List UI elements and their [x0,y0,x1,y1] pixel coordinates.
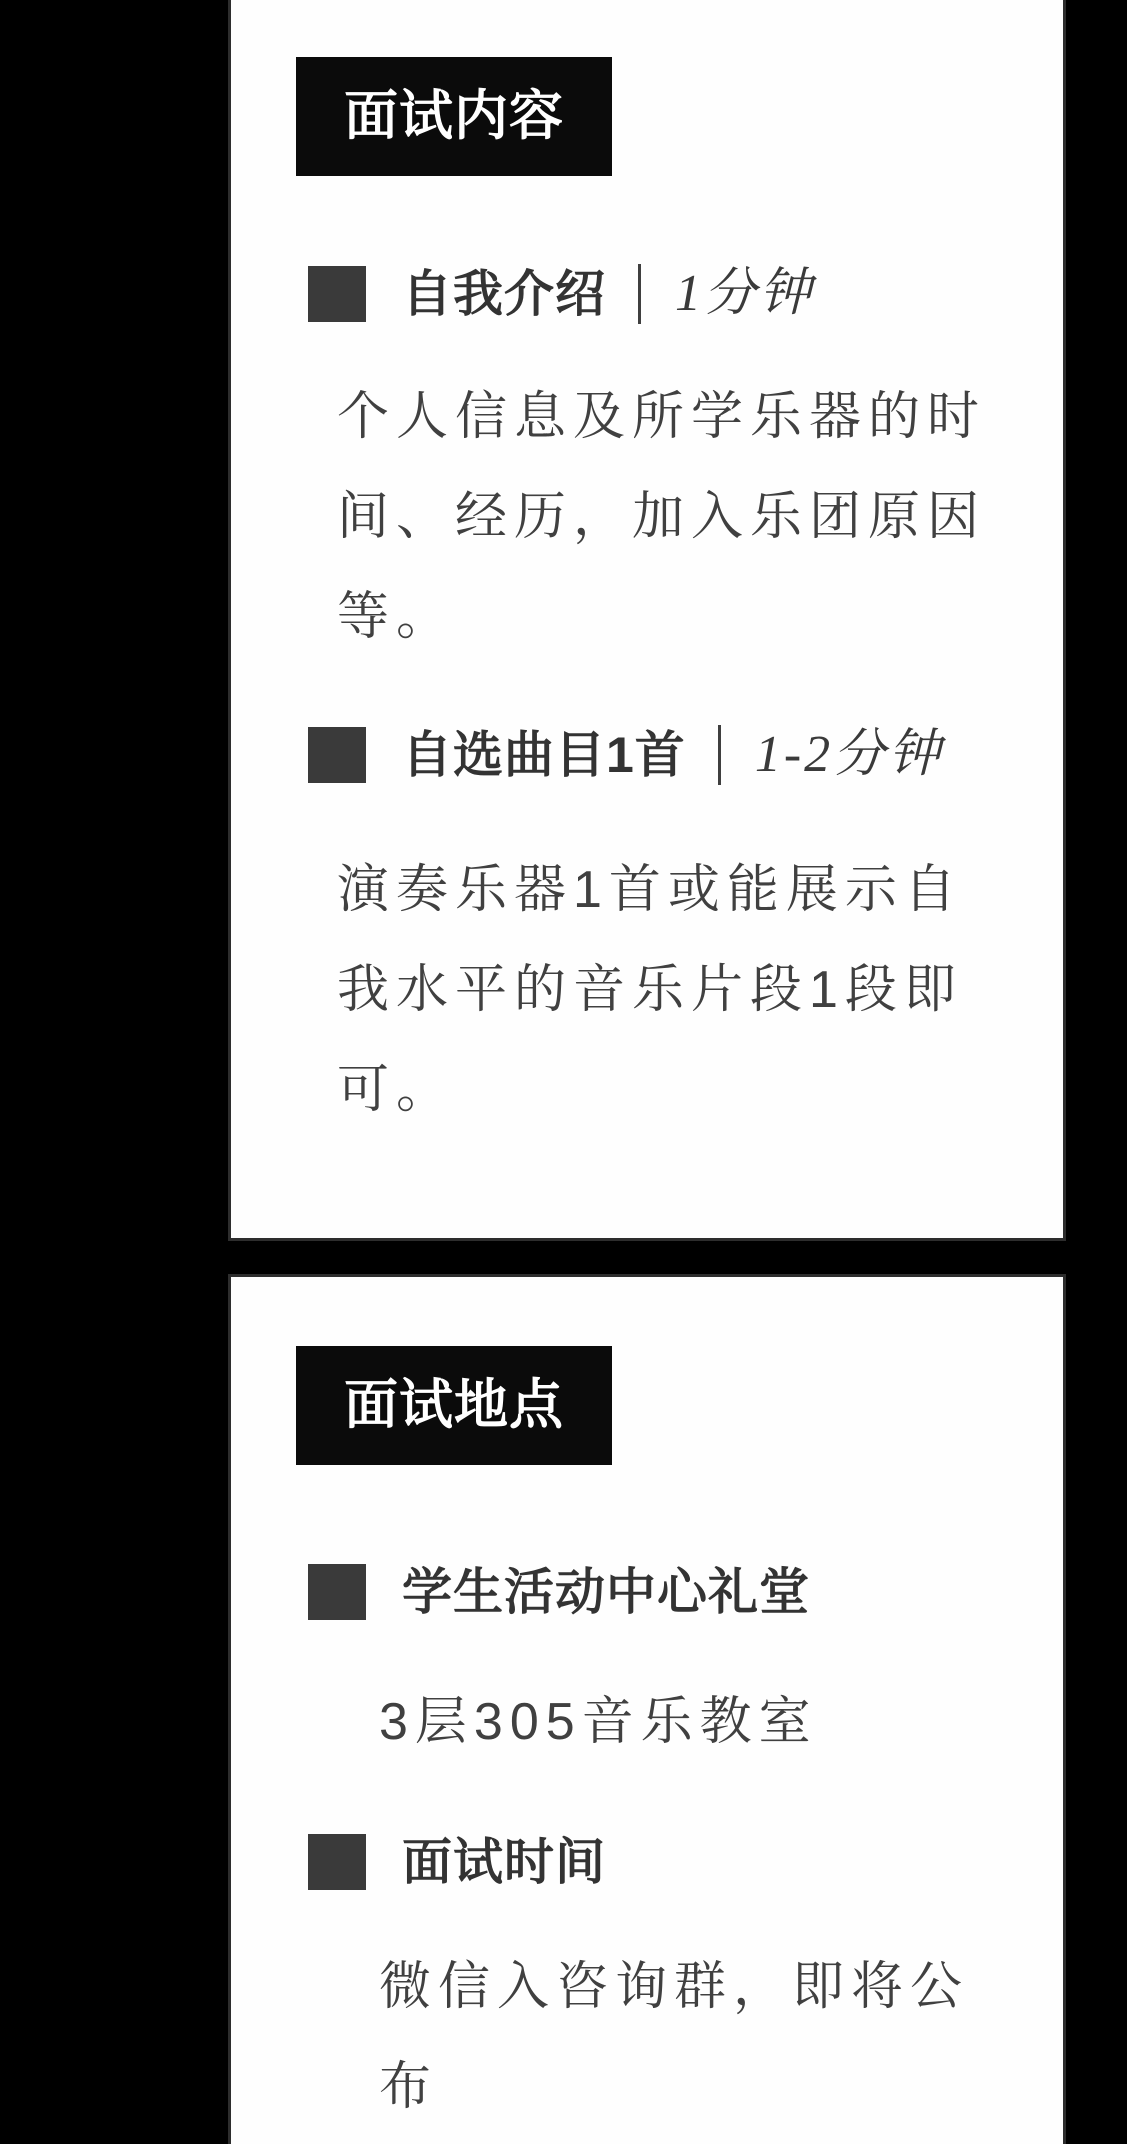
body-line: 我水平的音乐片段1段即 [337,940,1063,1040]
body-line: 可。 [337,1040,1063,1140]
bullet-square-icon [308,266,366,322]
separator-bar-icon [638,264,641,324]
card1-section1-title: 自我介绍 [402,264,606,324]
bullet-square-icon [308,727,366,783]
card2-section1-title: 学生活动中心礼堂 [402,1562,810,1622]
poster-page: 面试内容 自我介绍 1分钟 个人信息及所学乐器的时 间、经历，加入乐团原因 等。… [0,0,1127,2144]
body-line: 布 [379,2037,1063,2137]
card1-section1-time: 1分钟 [675,264,814,324]
body-line: 等。 [337,567,1063,667]
card1-section2-time: 1-2分钟 [755,725,943,785]
bullet-square-icon [308,1834,366,1890]
body-line: 演奏乐器1首或能展示自 [337,840,1063,940]
card2-section2-heading: 面试时间 [308,1832,1063,1892]
card1-section2-body: 演奏乐器1首或能展示自 我水平的音乐片段1段即 可。 [337,840,1063,1140]
interview-location-card: 面试地点 学生活动中心礼堂 3层305音乐教室 面试时间 微信入咨询群，即将公 … [228,1274,1066,2144]
card2-section2-title: 面试时间 [402,1832,606,1892]
body-line: 间、经历，加入乐团原因 [337,467,1063,567]
card2-section2-body: 微信入咨询群，即将公 布 [379,1937,1063,2137]
card1-section1-body: 个人信息及所学乐器的时 间、经历，加入乐团原因 等。 [337,367,1063,667]
body-line: 微信入咨询群，即将公 [379,1937,1063,2037]
card1-section2-title: 自选曲目1首 [402,725,686,785]
card1-header-box: 面试内容 [296,57,612,176]
card1-section2-heading: 自选曲目1首 1-2分钟 [308,725,1063,785]
interview-content-card: 面试内容 自我介绍 1分钟 个人信息及所学乐器的时 间、经历，加入乐团原因 等。… [228,0,1066,1241]
card2-section1-heading: 学生活动中心礼堂 [308,1562,1063,1622]
card1-header-title: 面试内容 [344,86,564,146]
card1-section1-heading: 自我介绍 1分钟 [308,264,1063,324]
bullet-square-icon [308,1564,366,1620]
card2-header-title: 面试地点 [344,1375,564,1435]
card2-header-box: 面试地点 [296,1346,612,1465]
body-line: 3层305音乐教室 [379,1672,1063,1772]
card2-section1-body: 3层305音乐教室 [379,1672,1063,1772]
separator-bar-icon [718,725,721,785]
body-line: 个人信息及所学乐器的时 [337,367,1063,467]
